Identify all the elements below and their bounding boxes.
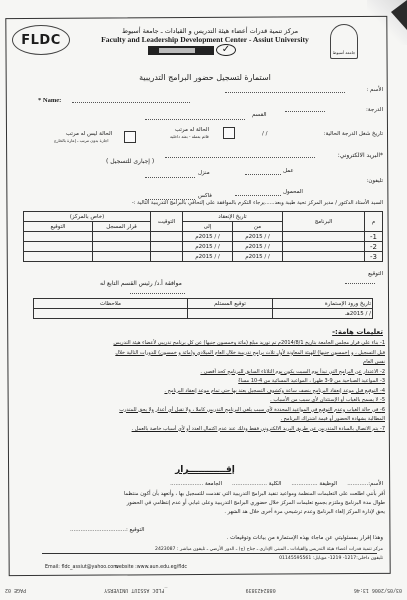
decl-job-field[interactable]: الوظيفة ............... (291, 481, 337, 488)
row-num: 3- (365, 252, 383, 262)
time-cell[interactable] (151, 252, 183, 262)
registrar-cell[interactable] (93, 252, 151, 262)
status-unpaid-note: اجازة بدون مرتب ـ إعارة بالخارج (54, 139, 108, 144)
to-date-cell[interactable]: / / 2015م (183, 232, 233, 242)
name-en-field[interactable] (72, 97, 190, 103)
instruction-item: المطالبة بشهادة الحضور أو قيمة اشتراك ال… (30, 416, 385, 422)
from-date-cell[interactable]: / / 2015م (233, 252, 283, 262)
from-date-cell[interactable]: / / 2015م (233, 242, 283, 252)
instruction-item: 7- يتم الاتصال بالسادة المتدربين عن طريق… (30, 426, 385, 432)
row-num: 1- (365, 232, 383, 242)
row-num: 2- (365, 242, 383, 252)
col-from-header: من (233, 222, 283, 232)
instruction-item: 2- الاعتذار عن البرامج التي تبدأ يوم الس… (30, 369, 385, 375)
signature-cell[interactable] (24, 232, 93, 242)
work-phone-field[interactable] (245, 169, 281, 175)
decl-faculty-field[interactable]: الكلية .................... (232, 481, 281, 488)
status-unpaid-checkbox[interactable] (124, 131, 136, 143)
programs-table: م البرنامج تاريخ الإنعقاد التوقيت (خاص ب… (23, 211, 383, 262)
mobile-field[interactable] (235, 190, 281, 196)
dept-head-approval-field[interactable] (130, 288, 185, 294)
email-label: *البريد الالكتروني: (338, 152, 383, 159)
table-row: 1- / / 2015م / / 2015م (24, 232, 383, 242)
signature-label: التوقيع (368, 271, 383, 278)
status-paid-checkbox[interactable] (223, 127, 235, 139)
checkmark-icon: ✓ (216, 44, 236, 56)
instruction-item: 6- في حالة الغياب وعدم التوقيع في المواع… (30, 407, 385, 413)
col-signature-header: التوقيع (24, 222, 93, 232)
declaration-line: طوال مدة البرنامج وملتزم بجميع تعليمات ا… (30, 500, 385, 506)
declaration-text: أقر بأنني اطلعت على التعليمات المنظمة وم… (30, 491, 385, 519)
col-program-header: البرنامج (283, 212, 365, 232)
declaration-fields: الأسم:............ الوظيفة .............… (83, 481, 383, 488)
fax-sender: _FLDC ASSIUT UNIVERSY (104, 587, 167, 593)
from-date-cell[interactable]: / / 2015م (233, 232, 283, 242)
notes-header: ملاحظات (34, 299, 188, 309)
fldc-logo: FLDC (12, 25, 70, 55)
receipt-table: تاريخ ورود الإستمارة توقيع المستلم ملاحظ… (33, 298, 373, 319)
table-row: 3- / / 2015م / / 2015م (24, 252, 383, 262)
col-to-header: إلى (183, 222, 233, 232)
fax-page: PAGE 02 (5, 587, 26, 593)
program-cell[interactable] (283, 232, 365, 242)
logo-text: جامعة أسيوط (333, 51, 356, 55)
decl-university-field[interactable]: الجامعة ................... (170, 481, 222, 488)
col-time-header: التوقيت (151, 212, 183, 232)
form-date-value[interactable]: / / 2015هـ (273, 309, 373, 319)
instructions-list: 1- بناء على قرار مجلس الجامعة بتاريخ 201… (30, 340, 385, 435)
name-ar-label: الأسم : (366, 87, 383, 94)
status-paid-label: الحالة له مرتب (175, 127, 209, 134)
home-phone-field[interactable] (145, 172, 195, 178)
receiver-signature-header: توقيع المستلم (188, 299, 273, 309)
footer-divider (42, 553, 377, 554)
program-cell[interactable] (283, 252, 365, 262)
registrar-cell[interactable] (93, 242, 151, 252)
col-center-only-header: (خاص بالمركز) (24, 212, 151, 222)
home-phone-label: منزل (198, 170, 210, 177)
name-ar-field[interactable] (225, 87, 345, 93)
phone-label: تليفون: (366, 178, 383, 185)
instruction-item: 1- بناء على قرار مجلس الجامعة بتاريخ 201… (30, 340, 385, 346)
center-name-arabic: مركز تنمية قدرات أعضاء هيئة التدريس و ال… (100, 27, 320, 35)
col-registrar-header: قرار المسجل (93, 222, 151, 232)
fax-header-line: 03/05/2006 13:46 0882423839 _FLDC ASSIUT… (5, 587, 402, 593)
instruction-item: قبل التسجيل ، و (خمسون جنيها) للهيئة الم… (30, 350, 385, 356)
fax-number: 0882423839 (246, 587, 276, 593)
decl-name-field[interactable]: الأسم:............ (347, 481, 383, 488)
instructions-title: تعليمات هامة:- (332, 328, 383, 336)
fax-datetime: 03/05/2006 13:46 (354, 587, 402, 593)
department-field[interactable] (145, 114, 245, 120)
to-date-cell[interactable]: / / 2015م (183, 252, 233, 262)
signature-field[interactable] (345, 278, 375, 284)
time-cell[interactable] (151, 232, 183, 242)
table-row: 2- / / 2015م / / 2015م (24, 242, 383, 252)
form-title: استمارة لتسجيل حضور البرامج التدريبية (90, 73, 320, 82)
degree-date-field[interactable]: / / (262, 131, 267, 138)
instruction-item: 5- لا يسمح بالغياب أو الإستئذان لأي سبب … (30, 397, 385, 403)
mobile-label: المحمول (283, 189, 303, 196)
instruction-item: نفس العام (30, 359, 385, 365)
time-cell[interactable] (151, 242, 183, 252)
col-date-header: تاريخ الإنعقاد (183, 212, 283, 222)
footer-email[interactable]: Email: fldc_assiut@yahoo.com (45, 565, 118, 571)
col-num-header: م (365, 212, 383, 232)
to-date-cell[interactable]: / / 2015م (183, 242, 233, 252)
status-unpaid-label: الحالة ليس له مرتب (66, 131, 112, 138)
request-text: السيد الأستاذ الدكتور / مدير المركز تحية… (132, 200, 383, 206)
email-required-note: ( إجبارى للتسجيل ) (106, 158, 154, 165)
degree-label: الدرجة: (366, 107, 383, 114)
declaration-line: يحق لإدارة المركز إلغاء البرنامج وعدم تر… (30, 509, 385, 515)
registrar-cell[interactable] (93, 232, 151, 242)
signature-cell[interactable] (24, 242, 93, 252)
name-en-label: * Name: (38, 97, 61, 105)
center-name-english: Faculty and Leadership Development Cente… (80, 35, 330, 44)
notes-cell[interactable] (34, 309, 188, 319)
instruction-item: 4- التوقيع قبل موعد إنعقاد البرنامج بنصف… (30, 388, 385, 394)
degree-field[interactable] (285, 106, 325, 112)
footer-website[interactable]: website :www.aun.edu.eg/fldc (115, 565, 187, 571)
footer-address: مركز تنمية قدرات أعضاء هيئة التدريس والق… (155, 547, 383, 553)
department-label: القسم (252, 112, 267, 119)
instruction-item: 3- المواعيد الصباحية من 9-3 ظهرا ، الموا… (30, 378, 385, 384)
program-cell[interactable] (283, 242, 365, 252)
scanned-document-page: FLDC جامعة أسيوط مركز تنمية قدرات أعضاء … (0, 0, 407, 600)
fax-label: فاكس (198, 193, 212, 200)
quality-badge (148, 46, 214, 55)
footer-phones: تليفون داخلى:1217- 1219- موبايل: 0114559… (279, 556, 383, 562)
status-paid-note: قائم بعمله - بعثة داخلية (170, 135, 209, 140)
work-phone-label: عمل (283, 168, 294, 175)
signature-cell[interactable] (24, 252, 93, 262)
receiver-signature-cell[interactable] (188, 309, 273, 319)
form-date-header: تاريخ ورود الإستمارة (273, 299, 373, 309)
declaration-signature[interactable]: التوقيع :...............................… (70, 527, 144, 534)
declaration-line: أقر بأنني اطلعت على التعليمات المنظمة وم… (30, 491, 385, 497)
degree-date-label: تاريخ شغل الدرجة الحالية: (324, 131, 383, 138)
declaration-title: إقــــــــــــرار (160, 465, 250, 475)
declaration-responsibility: وهذا إقرار بمسئوليتي عن ماجاء بهذه الإست… (227, 535, 383, 542)
email-field[interactable] (165, 152, 315, 158)
dept-head-approval-label: موافقة أ.د/ رئيس القسم التابع له (100, 280, 182, 287)
assiut-university-logo: جامعة أسيوط (330, 24, 358, 59)
